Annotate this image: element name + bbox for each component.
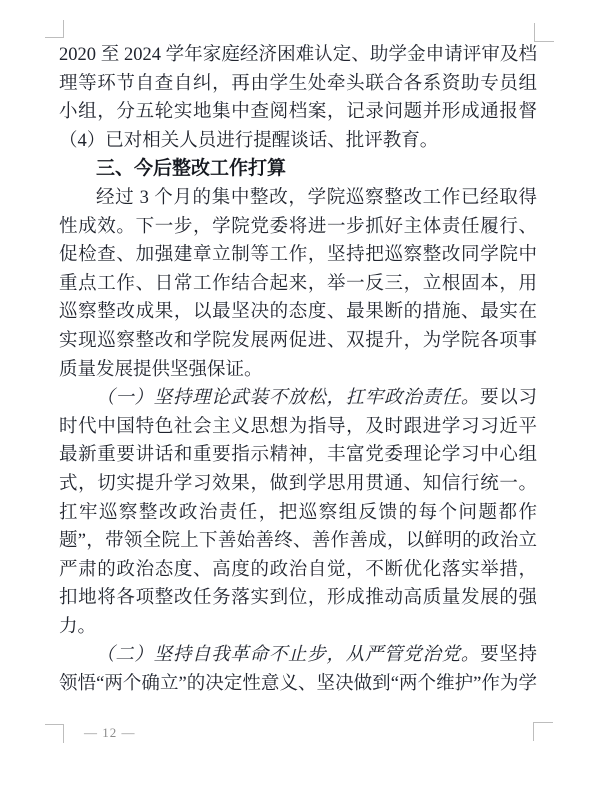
text-segment: 三、今后整改工作打算 xyxy=(96,158,286,179)
text-line: （一）坚持理论武装不放松，扛牢政治责任。要以习近平新 xyxy=(59,384,537,413)
text-segment: 最新重要讲话和重要指示精神，丰富党委理论学习中心组学习形 xyxy=(59,445,537,470)
text-segment: 质量发展提供坚强保证。 xyxy=(59,360,263,380)
text-line: 巡察整改成果，以最坚决的态度、最果断的措施、最实在的成效， xyxy=(59,298,537,327)
crop-mark-bottom-left xyxy=(45,724,64,743)
document-page: 2020 至 2024 学年家庭经济困难认定、助学金申请评审及档案管理等环节自查… xyxy=(0,0,597,791)
text-line: 实现巡察整改和学院发展两促进、双提升，为学院各项事业更高 xyxy=(59,327,537,356)
text-line: 经过 3 个月的集中整改，学院巡察整改工作已经取得了阶段 xyxy=(59,184,537,213)
text-segment: 小组，分五轮实地集中查阅档案，记录问题并形成通报督促改进。 xyxy=(59,102,537,127)
section-heading: 三、今后整改工作打算 xyxy=(59,155,537,184)
text-line: 扛牢巡察整改政治责任，把巡察组反馈的每个问题都作为“必答 xyxy=(59,499,537,528)
text-segment: 领悟“两个确立”的决定性意义、坚决做到“两个维护”作为学 xyxy=(59,674,537,694)
text-line: 扣地将各项整改任务落实到位，形成推动高质量发展的强大合 xyxy=(59,584,537,613)
document-lines: 2020 至 2024 学年家庭经济困难认定、助学金申请评审及档案管理等环节自查… xyxy=(59,41,537,699)
text-segment: 力。 xyxy=(59,617,96,637)
text-line: 小组，分五轮实地集中查阅档案，记录问题并形成通报督促改进。 xyxy=(59,98,537,127)
text-line: 理等环节自查自纠，再由学生处牵头联合各系资助专员组建核查 xyxy=(59,70,537,99)
text-segment: 扛牢巡察整改政治责任，把巡察组反馈的每个问题都作为“必答 xyxy=(59,503,537,528)
text-line: 力。 xyxy=(59,613,537,642)
text-segment: 扣地将各项整改任务落实到位，形成推动高质量发展的强大合 xyxy=(59,588,537,613)
text-segment: 重点工作、日常工作结合起来，举一反三，立根固本，用好用足 xyxy=(59,274,537,299)
text-segment: 理等环节自查自纠，再由学生处牵头联合各系资助专员组建核查 xyxy=(59,74,537,99)
text-segment: （二）坚持自我革命不止步，从严管党治党。 xyxy=(96,645,480,665)
text-line: 性成效。下一步，学院党委将进一步抓好主体责任履行、强化督 xyxy=(59,213,537,242)
text-line: 时代中国特色社会主义思想为指导，及时跟进学习习近平总书记 xyxy=(59,413,537,442)
text-line: （二）坚持自我革命不止步，从严管党治党。要坚持把深刻 xyxy=(59,641,537,670)
text-segment: 题”，带领全院上下善始善终、善作善成，以鲜明的政治立场、 xyxy=(59,531,537,556)
text-segment: （一）坚持理论武装不放松，扛牢政治责任。 xyxy=(96,388,480,408)
text-segment: 性成效。下一步，学院党委将进一步抓好主体责任履行、强化督 xyxy=(59,217,537,242)
crop-mark-top-left xyxy=(45,20,64,38)
text-line: 2020 至 2024 学年家庭经济困难认定、助学金申请评审及档案管 xyxy=(59,41,537,70)
text-line: 重点工作、日常工作结合起来，举一反三，立根固本，用好用足 xyxy=(59,270,537,299)
crop-mark-bottom-right xyxy=(533,722,553,741)
text-line: 质量发展提供坚强保证。 xyxy=(59,356,537,385)
text-line: 最新重要讲话和重要指示精神，丰富党委理论学习中心组学习形 xyxy=(59,441,537,470)
text-segment: 经过 3 个月的集中整改，学院巡察整改工作已经取得了阶段 xyxy=(96,188,537,213)
text-line: 题”，带领全院上下善始善终、善作善成，以鲜明的政治立场、 xyxy=(59,527,537,556)
text-line: （4）已对相关人员进行提醒谈话、批评教育。 xyxy=(59,127,537,156)
text-line: 严肃的政治态度、高度的政治自觉，不断优化落实举措，不折不 xyxy=(59,556,537,585)
crop-mark-top-right xyxy=(534,23,554,42)
text-segment: 式，切实提升学习效果，做到学思用贯通、知信行统一。要坚决 xyxy=(59,474,537,499)
text-line: 式，切实提升学习效果，做到学思用贯通、知信行统一。要坚决 xyxy=(59,470,537,499)
page-number: — 12 — xyxy=(84,725,136,741)
text-segment: 巡察整改成果，以最坚决的态度、最果断的措施、最实在的成效， xyxy=(59,302,537,327)
text-segment: 实现巡察整改和学院发展两促进、双提升，为学院各项事业更高 xyxy=(59,331,537,356)
text-segment: 2020 至 2024 学年家庭经济困难认定、助学金申请评审及档案管 xyxy=(59,45,537,70)
text-segment: 促检查、加强建章立制等工作，坚持把巡察整改同学院中心工作、 xyxy=(59,245,537,270)
text-line: 促检查、加强建章立制等工作，坚持把巡察整改同学院中心工作、 xyxy=(59,241,537,270)
text-segment: （4）已对相关人员进行提醒谈话、批评教育。 xyxy=(59,131,438,151)
text-segment: 时代中国特色社会主义思想为指导，及时跟进学习习近平总书记 xyxy=(59,417,537,442)
text-segment: 严肃的政治态度、高度的政治自觉，不断优化落实举措，不折不 xyxy=(59,560,537,585)
text-line: 领悟“两个确立”的决定性意义、坚决做到“两个维护”作为学 xyxy=(59,670,537,699)
